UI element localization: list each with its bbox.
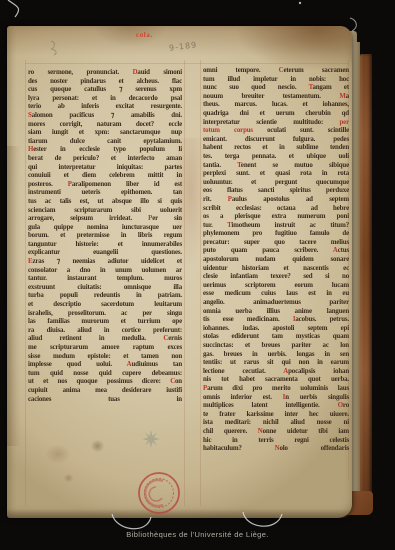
manuscript-line: tis esse medicinam. Iacobus. petrus.	[203, 316, 349, 325]
manuscript-line: hic in terris regni celestis	[203, 437, 349, 446]
manuscript-line: esse medicum cuius laus est in eu	[203, 290, 349, 299]
manuscript-line: berat de periculo? et interfecto aman	[28, 155, 182, 164]
manuscript-line: nunc suo quod nescio. Tangam et	[203, 84, 349, 93]
manuscript-line: nouum breuiter testamentum. Ma	[203, 93, 349, 102]
manuscript-line: tes. terga pennata. et ubique uoli	[203, 153, 349, 162]
manuscript-line: ista meditari: nichil aliud nosse ni	[203, 419, 349, 428]
manuscript-line: habent rectos et in sublime tenden	[203, 144, 349, 153]
manuscript-line: angelio. animaduertemus pariter	[203, 299, 349, 308]
manuscript-line: Hester in ecclesie typo populum li	[28, 146, 182, 155]
manuscript-line: qui interpretatur iniquitas: partes	[28, 164, 182, 173]
image-caption: Bibliothèques de l'Université de Liège.	[0, 530, 395, 539]
manuscript-line: explicantur euangelii questiones.	[28, 249, 182, 258]
manuscript-line: conuiuii et diem celebrem mittit in	[28, 172, 182, 181]
manuscript-line: omnis inferior est. In uerbis singulis	[203, 394, 349, 403]
manuscript-line: rit. Paulus apostolus ad septem	[203, 196, 349, 205]
leather-cover-edge	[360, 54, 372, 506]
manuscript-line: caciones tuas in	[28, 396, 182, 405]
manuscript-line: emicant. discurrunt fulgura. pedes	[203, 136, 349, 145]
manuscript-line: lyra personat: et in decacordo psal	[28, 95, 182, 104]
manuscript-line: exstruunt ciuitatis: omnisque illa	[28, 284, 182, 293]
thread-top-left	[8, 0, 19, 17]
manuscript-line: os a plerisque extra numerum poni	[203, 213, 349, 222]
manuscript-line: Parum dixi pro merito uoluminis laus	[203, 385, 349, 394]
manuscript-line: implesse quod uolui. Audiuimus tan	[28, 361, 182, 370]
manuscript-line: tiarum dulce canit epytalamium.	[28, 138, 182, 147]
manuscript-line: Ezras ⁊ neemias adiutor uidelicet et	[28, 258, 182, 267]
manuscript-page: cola. 9-189 ro sermone, pronunciat. Daui…	[7, 26, 352, 518]
manuscript-line: cupiuit anima mea desiderare iustifi	[28, 387, 182, 396]
pencil-mark	[47, 39, 63, 57]
stain-blot	[91, 440, 104, 452]
manuscript-line: habitaculum? Nolo offendaris	[203, 445, 349, 454]
library-stamp	[136, 470, 182, 516]
manuscript-line: cus quoque catullus ⁊ serenus xpm	[28, 86, 182, 95]
manuscript-line: sisse modum epistole: et tamen non	[28, 353, 182, 362]
manuscript-line: terio ab inferis excitat resurgente.	[28, 103, 182, 112]
ruling-line-vertical	[184, 60, 185, 506]
manuscript-line: tum quid nosse quid cupere debeamus:	[28, 370, 182, 379]
manuscript-line: ut et nos quoque possimus dicere: Con	[28, 378, 182, 387]
pencil-shelfmark: 9-189	[169, 40, 198, 52]
manuscript-line: tanguntur historie: et innumerabiles	[28, 241, 182, 250]
manuscript-line: te frater karissime inter hec uiuere.	[203, 411, 349, 420]
manuscript-line: chil querere. Nonne uidetur tibi iam	[203, 428, 349, 437]
manuscript-line: uerimus scriptorem eorum lucam	[203, 282, 349, 291]
stain-left-edge	[7, 146, 21, 446]
manuscript-line: scribit ecclesias: octaua ad hebre	[203, 205, 349, 214]
manuscript-line: nis tot habet sacramenta quot uerba.	[203, 376, 349, 385]
manuscript-line: des noster pindarus et alcheus. flac	[28, 78, 182, 87]
manuscript-line: uidentur historiam et nascentis ec	[203, 265, 349, 274]
ruling-line-vertical	[200, 60, 201, 506]
manuscript-line: mores corrigit, naturam docet? eccle	[28, 121, 182, 130]
manuscript-line: tus ac talis est, ut absque illo si quis	[28, 198, 182, 207]
stain-top-right	[235, 26, 352, 72]
manuscript-line: phylemonem pro fugitiuo famulo de	[203, 230, 349, 239]
manuscript-line: scienciam scripturarum sibi uoluerit	[28, 207, 182, 216]
manuscript-line: siam iungit et xpm: sanctarumque nup	[28, 129, 182, 138]
manuscript-line: stolas ediderunt tam mysticas quam	[203, 333, 349, 342]
thread-speck	[299, 2, 301, 4]
manuscript-line: me scripturarum amore raptum exces	[28, 344, 182, 353]
manuscript-line: tantia. Tenent se mutuo sibique	[203, 162, 349, 171]
manuscript-line: ro sermone, pronunciat. Dauid simoni	[28, 69, 182, 78]
manuscript-line: totum corpus oculati sunt. scintille	[203, 127, 349, 136]
text-column-left: ro sermone, pronunciat. Dauid simonides …	[28, 69, 182, 404]
manuscript-line: et descriptio sacerdotum leuitarum	[28, 301, 182, 310]
manuscript-line: tentiis: ut rarus sit qui non in earum	[203, 359, 349, 368]
manuscript-line: quadriga dni et uerum cherubin qd	[203, 110, 349, 119]
manuscript-line: ra diuisa. aliud in cortice preferunt:	[28, 327, 182, 336]
running-title: cola.	[136, 31, 153, 39]
manuscript-line: gas. breues in uerbis. longas in sen	[203, 351, 349, 360]
manuscript-line: posteros. Paralipomenon liber id est	[28, 181, 182, 190]
star-blemish	[142, 430, 160, 448]
photo-background: cola. 9-189 ro sermone, pronunciat. Daui…	[0, 0, 395, 550]
manuscript-line: gula quippe nomina iuncturasque uer	[28, 224, 182, 233]
manuscript-line: omnia uerba illius anime languen	[203, 308, 349, 317]
manuscript-line: puto quam pauca scribere. Actus	[203, 247, 349, 256]
manuscript-line: perplexi sunt. et quasi rota in rota	[203, 170, 349, 179]
manuscript-line: precatur: super quo tacere melius	[203, 239, 349, 248]
ruling-line-horizontal	[25, 63, 349, 64]
manuscript-line: israhelis, proselitorum. ac per singu	[28, 310, 182, 319]
manuscript-line: consolator a dno in unum uolumen ar	[28, 267, 182, 276]
manuscript-line: arrogare, seipsum irrideat. Per sin	[28, 215, 182, 224]
manuscript-line: apostolorum nudam quidem sonare	[203, 256, 349, 265]
manuscript-line: theus. marcus. lucas. et iohannes,	[203, 101, 349, 110]
manuscript-line: aliud retinent in medulla. Cernis	[28, 335, 182, 344]
manuscript-line: tur. Timotheum instruit ac titum?	[203, 222, 349, 231]
manuscript-line: borum. et pretermisse in libris regum	[28, 232, 182, 241]
manuscript-line: omni tempore. Ceterum sacramen	[203, 67, 349, 76]
manuscript-line: Salomon pacificus ⁊ amabilis dni.	[28, 112, 182, 121]
manuscript-line: lectione cecutiat. Apocalipsis iohan	[203, 368, 349, 377]
manuscript-line: instrumenti ueteris epithomen. tan	[28, 189, 182, 198]
stain-blot	[45, 444, 71, 464]
manuscript-line: multiplices latent intelligentie. Oro	[203, 402, 349, 411]
stain-blot	[64, 474, 73, 482]
manuscript-line: tantur. instaurant templum. muros	[28, 275, 182, 284]
manuscript-line: tum illud impletur in nobis: hoc	[203, 76, 349, 85]
manuscript-line: uoluuntur. et pergunt quocumque	[203, 179, 349, 188]
manuscript-line: succinctas: et breues pariter ac lon	[203, 342, 349, 351]
manuscript-line: interpretatur scientie multitudo: per	[203, 119, 349, 128]
manuscript-line: iohannes. iudas. apostoli septem epi	[203, 325, 349, 334]
thread-top-right	[350, 18, 356, 31]
stain-top-middle	[95, 26, 165, 46]
manuscript-line: clesie infantiam texere? sed si no	[203, 273, 349, 282]
manuscript-line: eos flatus sancti spiritus perduxe	[203, 187, 349, 196]
manuscript-line: las familias murorum et turrium ope	[28, 318, 182, 327]
text-column-right: omni tempore. Ceterum sacramentum illud …	[203, 67, 349, 454]
ruling-line-vertical	[25, 60, 26, 506]
manuscript-line: turba populi redeuntis in patriam.	[28, 292, 182, 301]
